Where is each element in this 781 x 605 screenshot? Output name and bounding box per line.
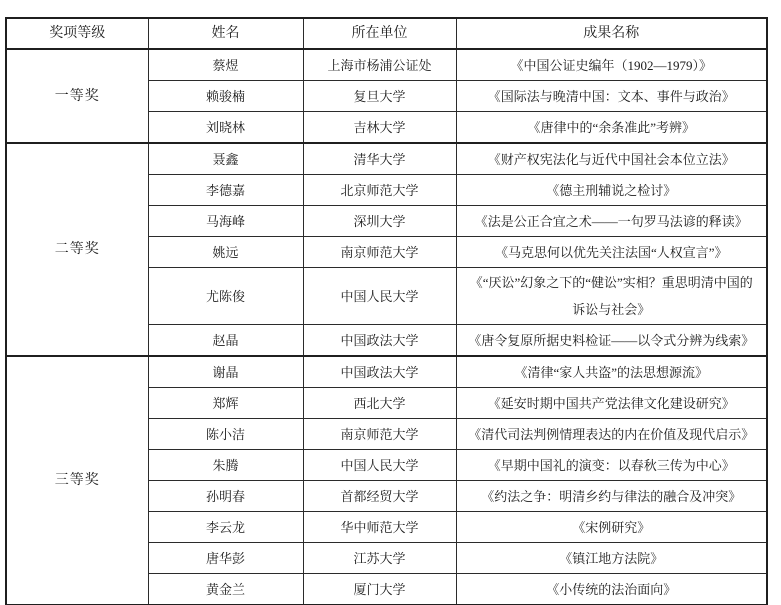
unit-cell: 复旦大学 (303, 81, 456, 112)
work-cell: 《清代司法判例情理表达的内在价值及现代启示》 (456, 419, 767, 450)
work-cell: 《法是公正合宜之术——一句罗马法谚的释读》 (456, 206, 767, 237)
name-cell: 孙明春 (148, 481, 303, 512)
name-cell: 聂鑫 (148, 143, 303, 175)
work-cell: 《镇江地方法院》 (456, 543, 767, 574)
unit-cell: 华中师范大学 (303, 512, 456, 543)
unit-cell: 上海市杨浦公证处 (303, 49, 456, 81)
award-level-cell: 一等奖 (6, 49, 148, 143)
unit-cell: 西北大学 (303, 388, 456, 419)
unit-cell: 吉林大学 (303, 112, 456, 144)
col-header-name: 姓名 (148, 18, 303, 49)
unit-cell: 清华大学 (303, 143, 456, 175)
unit-cell: 江苏大学 (303, 543, 456, 574)
name-cell: 姚远 (148, 237, 303, 268)
work-cell: 《早期中国礼的演变：以春秋三传为中心》 (456, 450, 767, 481)
name-cell: 陈小洁 (148, 419, 303, 450)
award-level-cell: 二等奖 (6, 143, 148, 356)
name-cell: 蔡煜 (148, 49, 303, 81)
name-cell: 李德嘉 (148, 175, 303, 206)
name-cell: 朱腾 (148, 450, 303, 481)
unit-cell: 南京师范大学 (303, 237, 456, 268)
award-level-cell: 三等奖 (6, 356, 148, 605)
name-cell: 黄金兰 (148, 574, 303, 605)
work-cell: 《马克思何以优先关注法国“人权宣言”》 (456, 237, 767, 268)
unit-cell: 中国政法大学 (303, 325, 456, 357)
unit-cell: 中国人民大学 (303, 450, 456, 481)
work-cell: 《唐令复原所据史料检证——以令式分辨为线索》 (456, 325, 767, 357)
name-cell: 刘晓林 (148, 112, 303, 144)
table-row: 一等奖蔡煜上海市杨浦公证处《中国公证史编年（1902—1979）》 (6, 49, 767, 81)
name-cell: 李云龙 (148, 512, 303, 543)
work-cell: 《宋例研究》 (456, 512, 767, 543)
work-cell: 《唐律中的“余条准此”考辨》 (456, 112, 767, 144)
unit-cell: 南京师范大学 (303, 419, 456, 450)
work-cell: 《德主刑辅说之检讨》 (456, 175, 767, 206)
name-cell: 唐华彭 (148, 543, 303, 574)
unit-cell: 北京师范大学 (303, 175, 456, 206)
name-cell: 马海峰 (148, 206, 303, 237)
awards-table-header: 奖项等级 姓名 所在单位 成果名称 (6, 18, 767, 49)
header-row: 奖项等级 姓名 所在单位 成果名称 (6, 18, 767, 49)
name-cell: 谢晶 (148, 356, 303, 388)
unit-cell: 中国人民大学 (303, 268, 456, 325)
name-cell: 郑辉 (148, 388, 303, 419)
col-header-work: 成果名称 (456, 18, 767, 49)
document-page: 奖项等级 姓名 所在单位 成果名称 一等奖蔡煜上海市杨浦公证处《中国公证史编年（… (0, 0, 781, 605)
unit-cell: 首都经贸大学 (303, 481, 456, 512)
work-cell: 《国际法与晚清中国：文本、事件与政治》 (456, 81, 767, 112)
work-cell: 《延安时期中国共产党法律文化建设研究》 (456, 388, 767, 419)
table-row: 二等奖聂鑫清华大学《财产权宪法化与近代中国社会本位立法》 (6, 143, 767, 175)
work-cell: 《财产权宪法化与近代中国社会本位立法》 (456, 143, 767, 175)
unit-cell: 厦门大学 (303, 574, 456, 605)
work-cell: 《小传统的法治面向》 (456, 574, 767, 605)
work-cell: 《清律“家人共盗”的法思想源流》 (456, 356, 767, 388)
name-cell: 尤陈俊 (148, 268, 303, 325)
col-header-unit: 所在单位 (303, 18, 456, 49)
unit-cell: 中国政法大学 (303, 356, 456, 388)
work-cell: 《中国公证史编年（1902—1979）》 (456, 49, 767, 81)
unit-cell: 深圳大学 (303, 206, 456, 237)
name-cell: 赖骏楠 (148, 81, 303, 112)
col-header-award-level: 奖项等级 (6, 18, 148, 49)
table-row: 三等奖谢晶中国政法大学《清律“家人共盗”的法思想源流》 (6, 356, 767, 388)
name-cell: 赵晶 (148, 325, 303, 357)
work-cell: 《约法之争：明清乡约与律法的融合及冲突》 (456, 481, 767, 512)
awards-table: 奖项等级 姓名 所在单位 成果名称 一等奖蔡煜上海市杨浦公证处《中国公证史编年（… (5, 17, 768, 605)
awards-table-body: 一等奖蔡煜上海市杨浦公证处《中国公证史编年（1902—1979）》赖骏楠复旦大学… (6, 49, 767, 605)
work-cell: 《“厌讼”幻象之下的“健讼”实相？重思明清中国的诉讼与社会》 (456, 268, 767, 325)
